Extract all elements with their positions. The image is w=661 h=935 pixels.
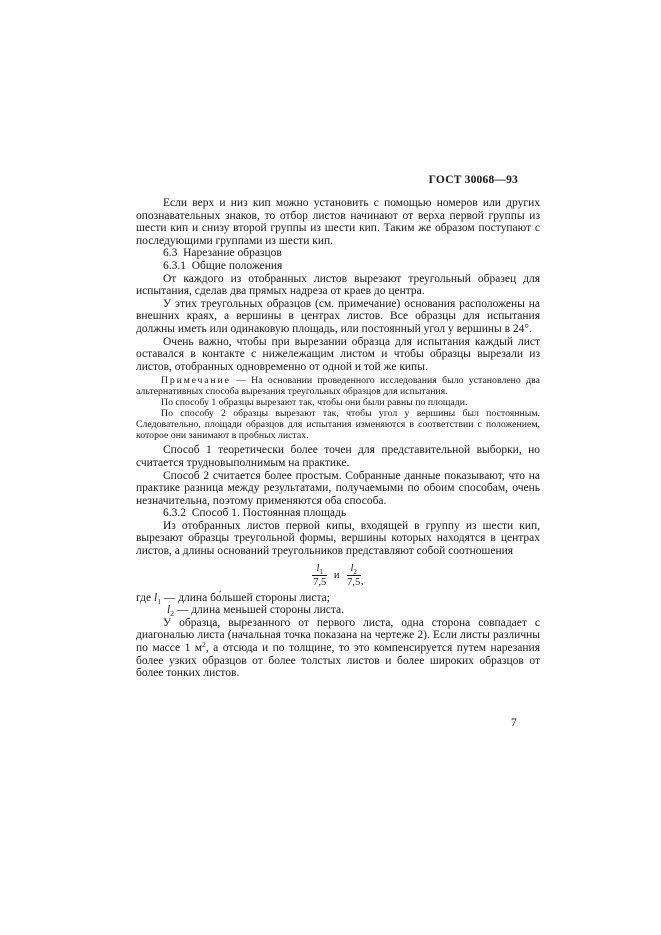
paragraph-method-2: Способ 2 считается более простым. Собран… <box>136 470 540 508</box>
where-clause-line-1: где l1 — длина бо́льшей стороны листа; <box>136 592 540 605</box>
fraction-l1: l17,5 <box>312 563 326 588</box>
paragraph-diagonal: У образца, вырезанного от первого листа,… <box>136 617 540 680</box>
subscript-1: 1 <box>319 568 323 576</box>
where-subscript-1: 1 <box>157 597 161 606</box>
denominator-2: 7,5 <box>347 576 361 588</box>
heading-6-3-1: 6.3.1 Общие положения <box>136 260 540 273</box>
paragraph-intro: Если верх и низ кип можно установить с п… <box>136 197 540 247</box>
formula-ratios: l17,5иl27,5, <box>136 563 540 588</box>
note-block: Примечание — На основании проведенного и… <box>136 375 540 441</box>
note-label: Примечание <box>161 375 231 386</box>
paragraph-triangle-specimens: У этих треугольных образцов (см. примеча… <box>136 298 540 336</box>
where-definition-2: — длина меньшей стороны листа. <box>177 604 344 616</box>
paragraph-method1-intro: Из отобранных листов первой кипы, входящ… <box>136 520 540 558</box>
paragraph-cutting: От каждого из отобранных листов вырезают… <box>136 273 540 298</box>
page-number: 7 <box>511 717 517 729</box>
paragraph-method-1: Способ 1 теоретически более точен для пр… <box>136 444 540 469</box>
formula-conjunction: и <box>334 570 340 581</box>
subscript-2: 2 <box>353 568 357 576</box>
formula-trailing-comma: , <box>361 576 364 587</box>
fraction-l2: l27,5 <box>347 563 361 588</box>
document-body: Если верх и низ кип можно установить с п… <box>136 197 540 680</box>
note-paragraph-1: Примечание — На основании проведенного и… <box>136 375 540 397</box>
where-definition-1: — длина бо́льшей стороны листа; <box>164 592 330 604</box>
heading-6-3-2: 6.3.2 Способ 1. Постоянная площадь <box>136 507 540 520</box>
note-paragraph-3: По способу 2 образцы вырезают так, чтобы… <box>136 408 540 441</box>
paragraph-contact-important: Очень важно, чтобы при вырезании образца… <box>136 336 540 374</box>
denominator-1: 7,5 <box>312 576 326 588</box>
where-lead: где <box>136 592 151 604</box>
document-page: ГОСТ 30068—93 Если верх и низ кип можно … <box>0 0 661 935</box>
standard-code-header: ГОСТ 30068—93 <box>136 174 540 186</box>
note-paragraph-2: По способу 1 образцы вырезают так, чтобы… <box>136 397 540 408</box>
where-clause-line-2: l2 — длина меньшей стороны листа. <box>136 604 540 617</box>
heading-6-3: 6.3 Нарезание образцов <box>136 247 540 260</box>
